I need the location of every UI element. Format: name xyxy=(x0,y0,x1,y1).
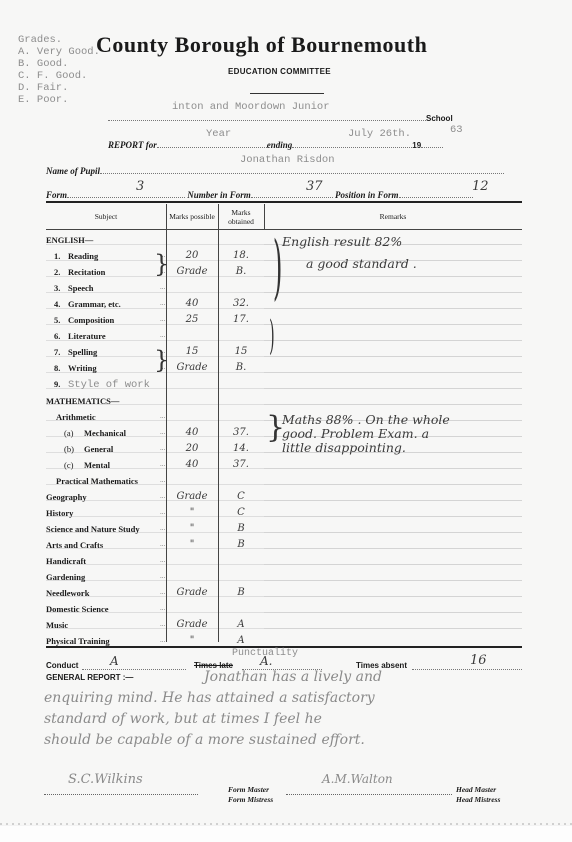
leader-dots: ... xyxy=(160,556,165,564)
header-remarks: Remarks xyxy=(264,204,522,230)
marks-possible-cell: " xyxy=(166,521,218,537)
marks-possible-cell: Grade xyxy=(166,585,218,601)
leader-dots: ... xyxy=(160,476,165,484)
subject-name: Spelling xyxy=(68,347,97,357)
subject-name: Recitation xyxy=(68,267,105,277)
form-master-label: Form Master Form Mistress xyxy=(228,785,273,805)
brace-icon: } xyxy=(154,250,169,278)
marks-possible-cell: " xyxy=(166,537,218,553)
marks-possible-cell: 15 xyxy=(166,344,218,360)
marks-obtained-cell: C xyxy=(218,505,264,521)
year-prefix: 19 xyxy=(412,141,421,150)
marks-obtained-cell: 15 xyxy=(218,344,264,360)
subject-name: Handicraft xyxy=(46,556,86,566)
table-row: Gardening xyxy=(46,569,85,585)
remark-english-2: a good standard . xyxy=(306,256,417,272)
brace-icon: ) xyxy=(273,232,283,302)
table-row: (a)Mechanical xyxy=(46,425,126,441)
subject-name: Reading xyxy=(68,251,98,261)
leader-dots: ... xyxy=(160,283,165,291)
marks-obtained-cell: 37. xyxy=(218,425,264,441)
marks-obtained-cell: C xyxy=(218,489,264,505)
table-row: Practical Mathematics xyxy=(46,473,138,489)
table-row: 7.Spelling xyxy=(46,344,97,360)
table-row: Needlework xyxy=(46,585,89,601)
grades-heading: Grades. xyxy=(18,34,100,46)
marks-possible-cell: Grade xyxy=(166,489,218,505)
subject-name: Needlework xyxy=(46,588,89,598)
title-divider xyxy=(250,93,324,94)
leader-dots: ... xyxy=(160,412,165,420)
form-value: 3 xyxy=(136,179,144,194)
subject-name: Literature xyxy=(68,331,106,341)
leader-dots: ... xyxy=(160,492,165,500)
form-label: Form xyxy=(46,190,67,200)
head-signature: A.M.Walton xyxy=(322,772,393,786)
row-number: (c) xyxy=(64,457,84,473)
table-row: Science and Nature Study xyxy=(46,521,140,537)
table-row: Geography xyxy=(46,489,87,505)
table-row: Arithmetic xyxy=(46,409,96,425)
marks-possible-cell: 20 xyxy=(166,441,218,457)
row-number: 5. xyxy=(54,312,68,328)
subject-name: Gardening xyxy=(46,572,85,582)
grade-b: B. Good. xyxy=(18,58,100,70)
table-row: (c)Mental xyxy=(46,457,110,473)
marks-obtained-cell: B. xyxy=(218,360,264,376)
subject-name: Composition xyxy=(68,315,114,325)
subject-name: Grammar, etc. xyxy=(68,299,121,309)
form-line: Form Number in Form Position in Form xyxy=(46,188,473,200)
form-master-signature: S.C.Wilkins xyxy=(68,772,143,787)
subject-name: Mechanical xyxy=(84,428,126,438)
leader-dots: ... xyxy=(160,460,165,468)
pupil-name: Jonathan Risdon xyxy=(240,154,335,166)
school-label: School xyxy=(426,114,453,123)
times-absent-value: 16 xyxy=(470,653,487,668)
remark-maths-3: little disappointing. xyxy=(282,440,406,456)
general-report-text: Jonathan has a lively and enquiring mind… xyxy=(44,667,514,751)
general-report-line: enquiring mind. He has attained a satisf… xyxy=(44,688,514,709)
leader-dots: ... xyxy=(160,604,165,612)
grade-a: A. Very Good. xyxy=(18,46,100,58)
row-number: (b) xyxy=(64,441,84,457)
marks-obtained-cell: B xyxy=(218,585,264,601)
marks-obtained-cell: B. xyxy=(218,264,264,280)
row-number: 7. xyxy=(54,344,68,360)
row-number: 4. xyxy=(54,296,68,312)
subject-name: Science and Nature Study xyxy=(46,524,140,534)
row-number: 8. xyxy=(54,360,68,376)
marks-obtained-cell: B xyxy=(218,521,264,537)
table-row: 1.Reading xyxy=(46,248,98,264)
remark-english-1: English result 82% xyxy=(282,234,402,250)
leader-dots: ... xyxy=(160,428,165,436)
leader-dots: ... xyxy=(160,444,165,452)
subject-name: Arts and Crafts xyxy=(46,540,103,550)
table-row: Domestic Science xyxy=(46,601,109,617)
leader-dots: ... xyxy=(160,299,165,307)
position-in-form-label: Position in Form xyxy=(335,190,399,200)
table-row: 8.Writing xyxy=(46,360,97,376)
subject-name: ENGLISH— xyxy=(46,235,93,245)
table-row: 9.Style of work xyxy=(46,376,150,392)
brace-icon: } xyxy=(154,346,169,374)
marks-obtained-cell: 32. xyxy=(218,296,264,312)
leader-dots: ... xyxy=(160,588,165,596)
table-row: (b)General xyxy=(46,441,113,457)
leader-dots: ... xyxy=(160,620,165,628)
document-subtitle: EDUCATION COMMITTEE xyxy=(228,67,331,76)
marks-possible-cell: Grade xyxy=(166,264,218,280)
row-number: 3. xyxy=(54,280,68,296)
leader-dots: ... xyxy=(160,540,165,548)
general-report-line: should be capable of a more sustained ef… xyxy=(44,730,514,751)
head-master-label: Head Master Head Mistress xyxy=(456,785,500,805)
marks-obtained-cell: 14. xyxy=(218,441,264,457)
number-in-form-label: Number in Form xyxy=(187,190,251,200)
document-title: County Borough of Bournemouth xyxy=(96,32,427,58)
leader-dots: ... xyxy=(160,331,165,339)
table-row: 4.Grammar, etc. xyxy=(46,296,121,312)
marks-obtained-cell: A xyxy=(218,617,264,633)
marks-possible-cell: 20 xyxy=(166,248,218,264)
marks-possible-cell: Grade xyxy=(166,617,218,633)
conduct-value: A xyxy=(110,654,119,668)
row-number: (a) xyxy=(64,425,84,441)
subject-name: Style of work xyxy=(68,379,150,391)
table-top-rule xyxy=(46,201,522,203)
school-name: inton and Moordown Junior xyxy=(172,101,330,113)
grades-key: Grades. A. Very Good. B. Good. C. F. Goo… xyxy=(18,34,100,106)
marks-possible-cell: " xyxy=(166,505,218,521)
row-number: 9. xyxy=(54,376,68,392)
subject-name: MATHEMATICS— xyxy=(46,396,119,406)
subject-name: Music xyxy=(46,620,68,630)
subject-name: General xyxy=(84,444,113,454)
general-report-line: standard of work, but at times I feel he xyxy=(44,709,514,730)
row-number: 2. xyxy=(54,264,68,280)
ending-date: July 26th. xyxy=(348,128,411,140)
leader-dots: ... xyxy=(160,508,165,516)
table-row: 6.Literature xyxy=(46,328,106,344)
marks-obtained-cell: 17. xyxy=(218,312,264,328)
subject-name: Speech xyxy=(68,283,94,293)
grade-e: E. Poor. xyxy=(18,94,100,106)
marks-obtained-cell: 37. xyxy=(218,457,264,473)
marks-possible-cell: Grade xyxy=(166,360,218,376)
table-row: Handicraft xyxy=(46,553,86,569)
marks-possible-cell: 40 xyxy=(166,457,218,473)
table-row: 3.Speech xyxy=(46,280,94,296)
marks-obtained-cell: 18. xyxy=(218,248,264,264)
subject-name: History xyxy=(46,508,73,518)
marks-possible-cell: 40 xyxy=(166,425,218,441)
table-row: History xyxy=(46,505,73,521)
report-card: Grades. A. Very Good. B. Good. C. F. Goo… xyxy=(0,0,572,825)
number-in-form-value: 37 xyxy=(306,179,323,194)
table-row: Arts and Crafts xyxy=(46,537,103,553)
subject-name: Arithmetic xyxy=(56,412,96,422)
times-late-value: A. xyxy=(260,654,272,668)
subject-name: Geography xyxy=(46,492,87,502)
subject-name: Physical Training xyxy=(46,636,110,646)
row-number: 1. xyxy=(54,248,68,264)
marks-table: Subject Marks possible Marks obtained Re… xyxy=(46,204,522,642)
table-row: Music xyxy=(46,617,68,633)
table-row: 2.Recitation xyxy=(46,264,105,280)
subject-name: Mental xyxy=(84,460,110,470)
leader-dots: ... xyxy=(160,315,165,323)
position-in-form-value: 12 xyxy=(472,179,489,194)
brace-icon: ) xyxy=(269,316,274,356)
marks-possible-cell: 25 xyxy=(166,312,218,328)
grade-d: D. Fair. xyxy=(18,82,100,94)
table-row: ENGLISH— xyxy=(46,232,93,248)
leader-dots: ... xyxy=(160,524,165,532)
subject-name: Writing xyxy=(68,363,97,373)
row-number: 6. xyxy=(54,328,68,344)
subject-name: Domestic Science xyxy=(46,604,109,614)
table-row: 5.Composition xyxy=(46,312,114,328)
subject-name: Practical Mathematics xyxy=(56,476,138,486)
grade-c: C. F. Good. xyxy=(18,70,100,82)
table-row: MATHEMATICS— xyxy=(46,393,119,409)
header-marks-possible: Marks possible xyxy=(166,204,218,230)
report-for-label: REPORT for xyxy=(108,140,157,150)
header-subject: Subject xyxy=(46,204,166,230)
report-period: Year xyxy=(206,128,231,140)
leader-dots: ... xyxy=(160,636,165,644)
marks-possible-cell: 40 xyxy=(166,296,218,312)
marks-obtained-cell: B xyxy=(218,537,264,553)
general-report-line: Jonathan has a lively and xyxy=(44,667,514,688)
pupil-label: Name of Pupil xyxy=(46,166,100,176)
leader-dots: ... xyxy=(160,572,165,580)
year-suffix: 63 xyxy=(450,124,463,136)
ending-label: ending xyxy=(267,140,293,150)
header-marks-obtained: Marks obtained xyxy=(218,204,264,230)
